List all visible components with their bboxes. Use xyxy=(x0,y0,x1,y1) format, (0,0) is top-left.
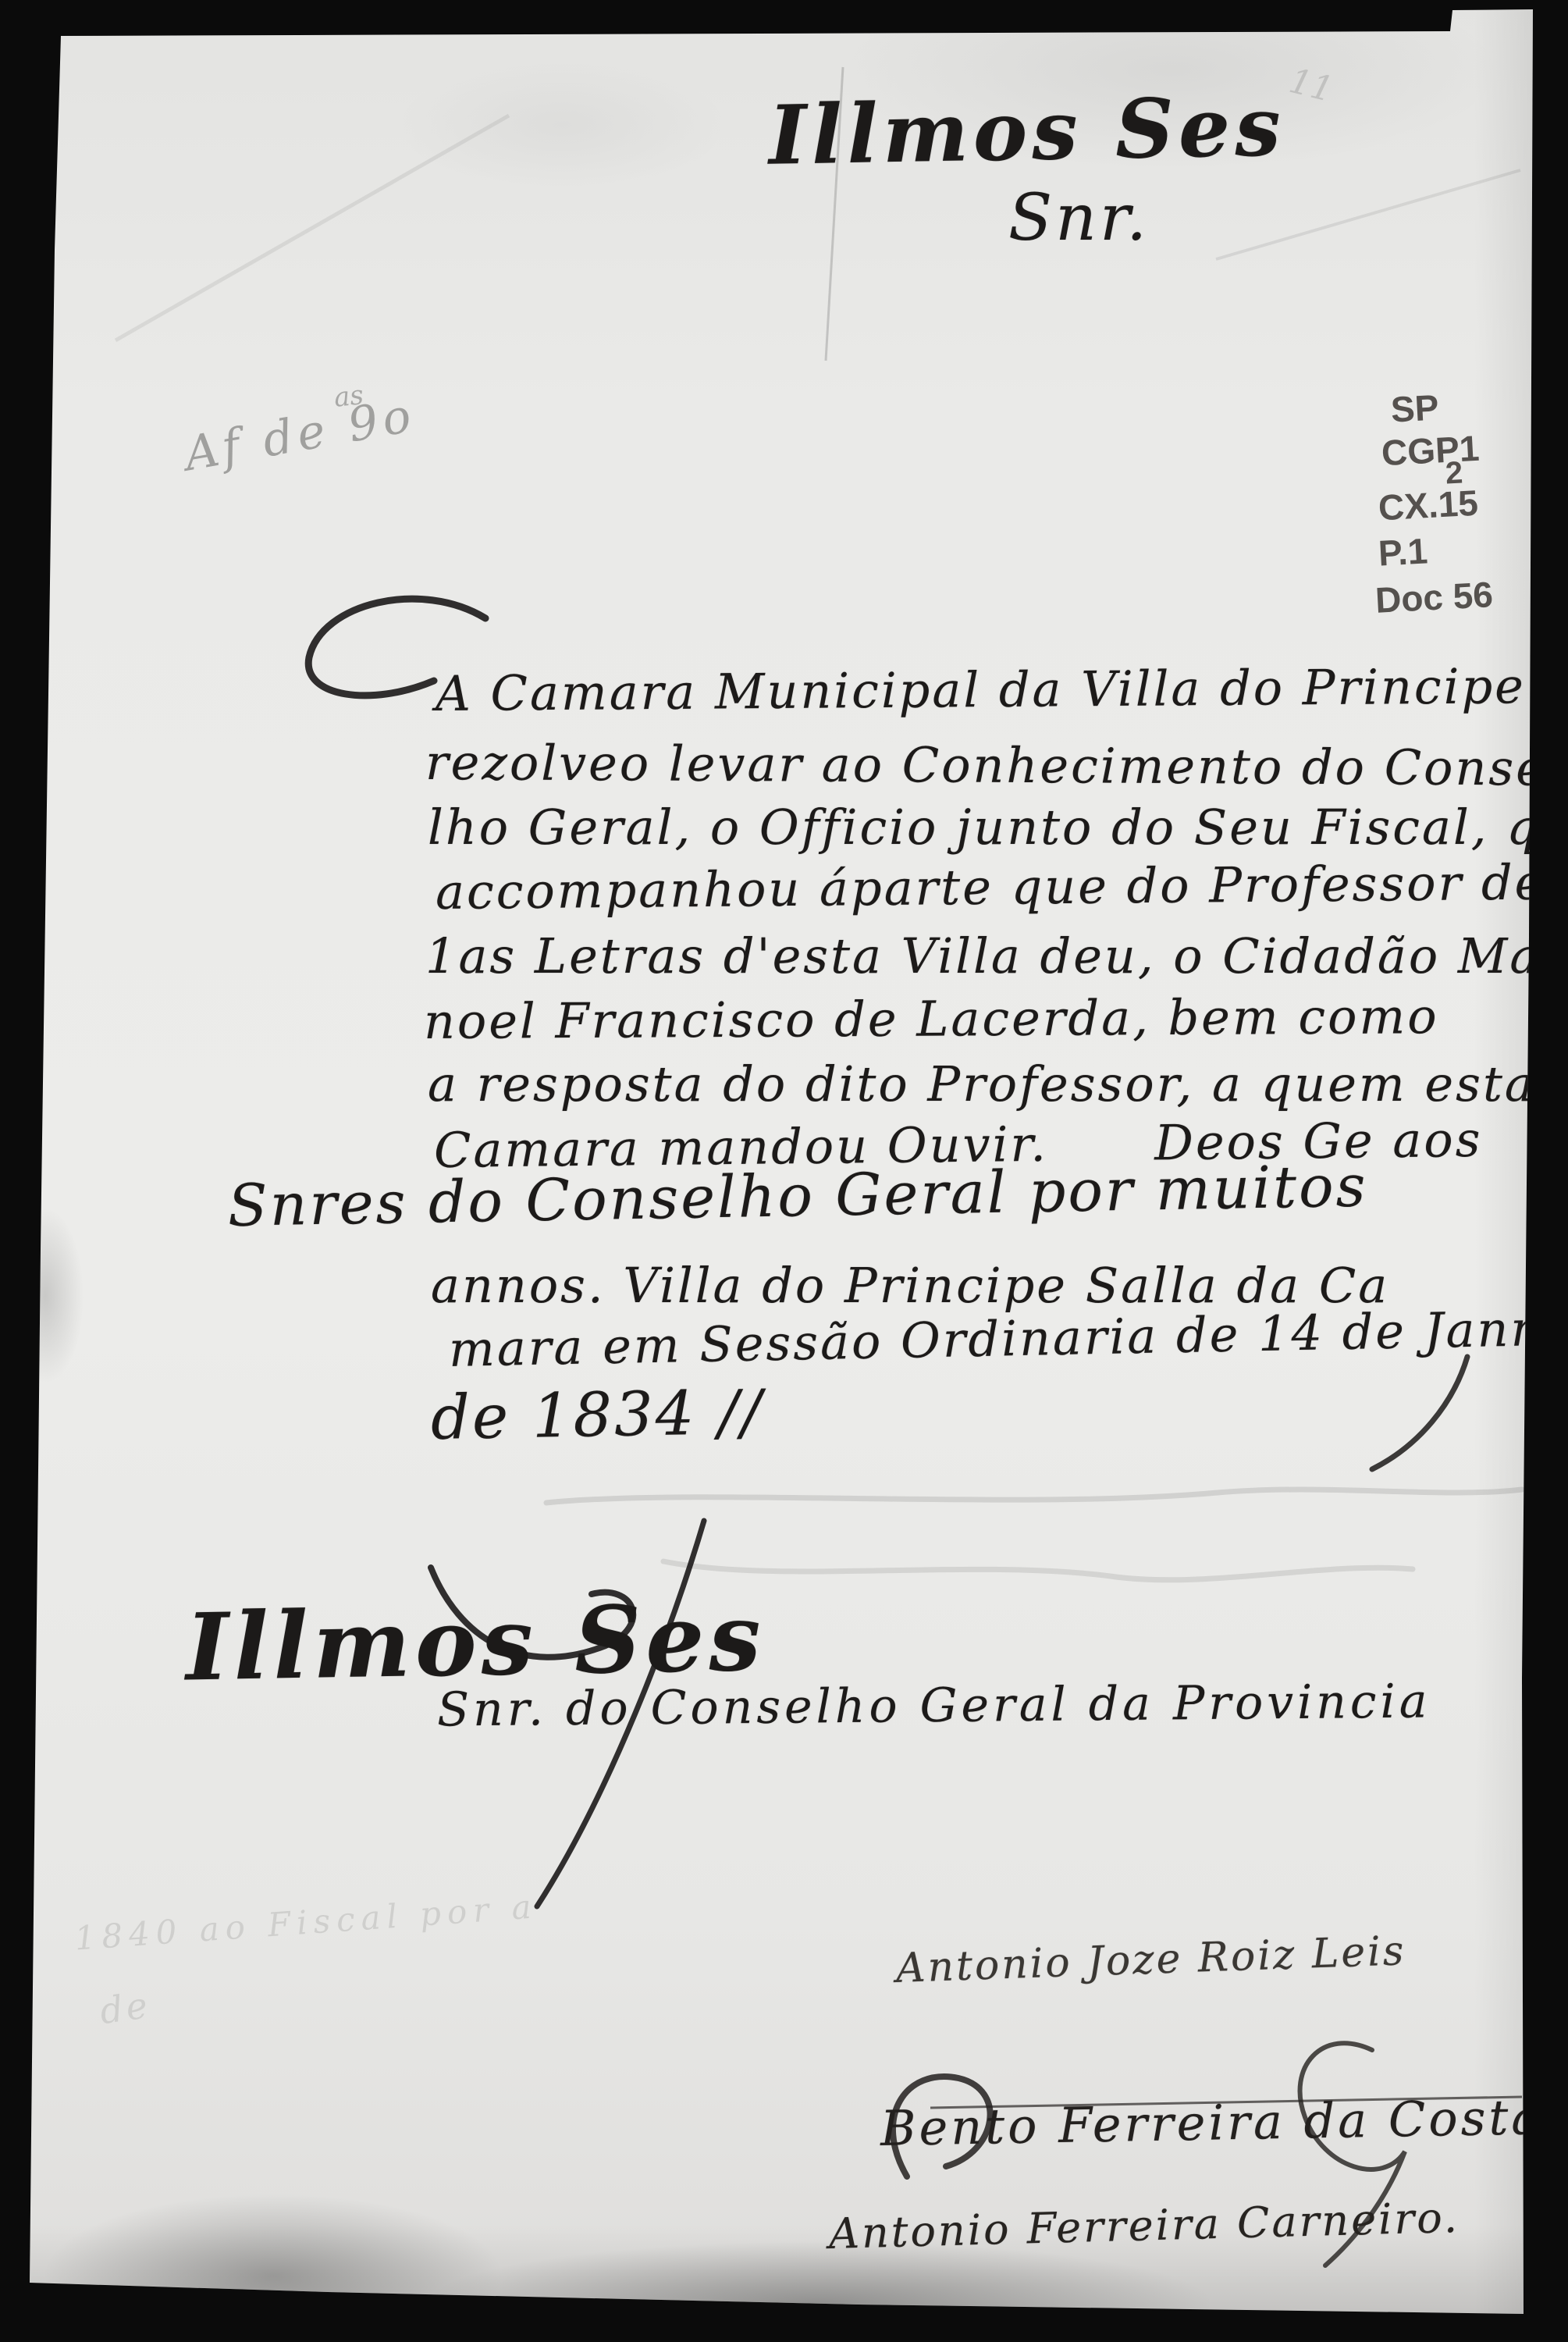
body-line: 1as Letras d'esta Villa deu, o Cidadão M… xyxy=(425,927,1541,984)
body-line: accompanhou áparte que do Professor de xyxy=(436,854,1546,920)
scan-background: Illmos Ses Snr. Af de 9o as 11 SP CGP1 2… xyxy=(0,0,1568,2342)
body-line: A Camara Municipal da Villa do Principe xyxy=(436,657,1526,722)
signature-bento-ferreira-da-costa: Bento Ferreira da Costa xyxy=(880,2088,1544,2157)
manuscript-paper: Illmos Ses Snr. Af de 9o as 11 SP CGP1 2… xyxy=(0,0,1568,2342)
ghost-writing-1 xyxy=(546,1490,1522,1503)
stamp-line-doc: Doc 56 xyxy=(1374,573,1494,621)
address-recipient: Snr. do Conselho Geral da Provincia xyxy=(437,1674,1431,1737)
janro-descender xyxy=(1372,1357,1467,1469)
body-line: noel Francisco de Lacerda, bem como xyxy=(424,988,1439,1050)
pencil-note-bottom-left-2: de xyxy=(98,1984,154,2032)
stamp-line-p: P.1 xyxy=(1378,529,1429,574)
crease-line-topright xyxy=(1216,170,1520,259)
stamp-line-sp: SP xyxy=(1390,386,1440,430)
ghost-writing-2 xyxy=(663,1561,1413,1580)
body-line: lho Geral, o Officio junto do Seu Fiscal… xyxy=(428,799,1568,856)
salutation-line2: Snr. xyxy=(1008,181,1150,255)
stamp-line-cgp: CGP1 xyxy=(1381,427,1481,474)
crease-line-topleft xyxy=(116,116,509,340)
body-line: rezolveo levar ao Conhecimento do Conse= xyxy=(425,734,1568,797)
pencil-note-top-left-superscript: as xyxy=(332,379,365,414)
body-line: a resposta do dito Professor, a quem est… xyxy=(428,1055,1536,1112)
body-line: de 1834 // xyxy=(430,1378,764,1454)
salutation-line1: Illmos Ses xyxy=(768,78,1286,183)
stamp-line-cx: CX.15 xyxy=(1378,482,1480,529)
